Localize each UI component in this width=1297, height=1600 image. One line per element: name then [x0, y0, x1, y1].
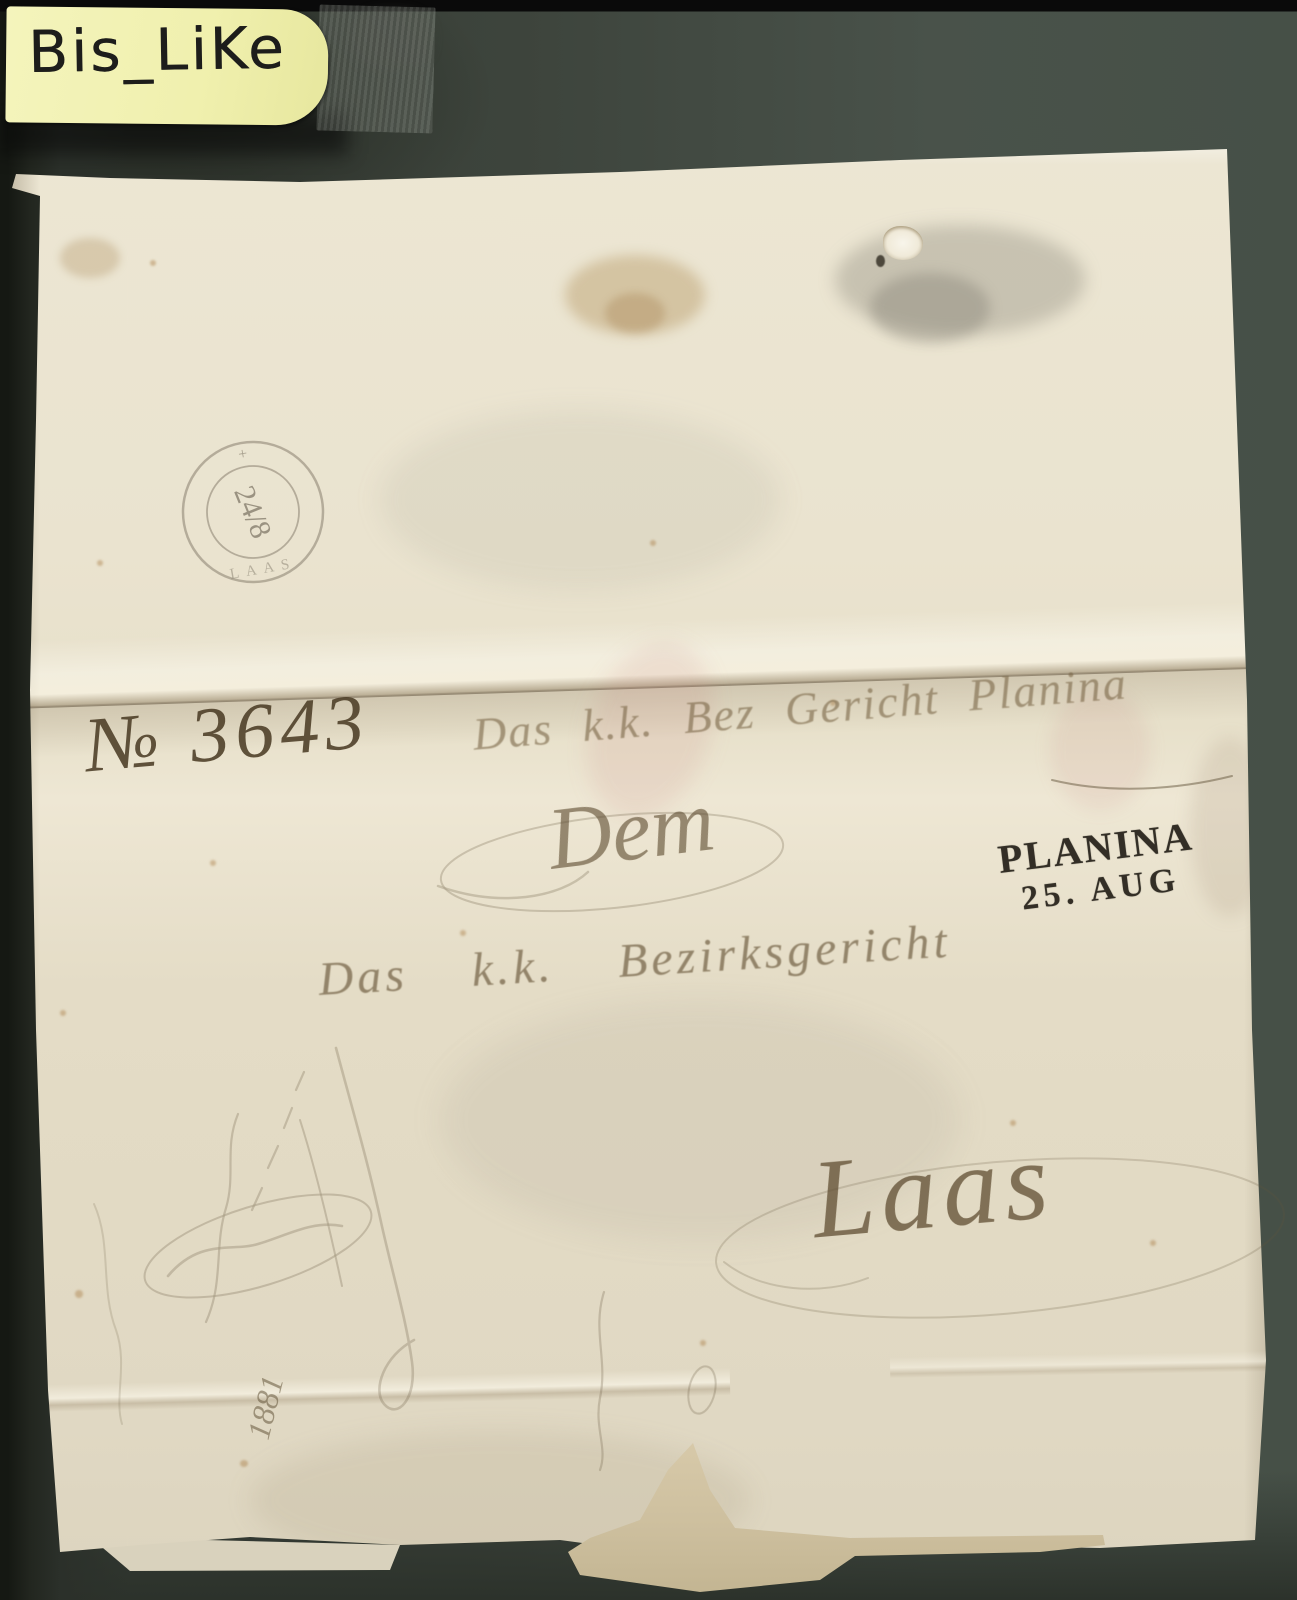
fox-spot — [75, 1290, 83, 1298]
destination-script: Laas — [807, 1116, 1059, 1266]
album-page-photo: № 3643 Das k.k. Bez Gericht Planina Dem … — [0, 0, 1297, 1600]
clear-tape — [316, 5, 435, 134]
fox-spot — [240, 1460, 248, 1467]
collector-sticky-note: Bis_LiKe — [5, 6, 328, 125]
tan-stain-small — [605, 293, 665, 333]
fox-spot — [97, 560, 103, 566]
fox-spot — [150, 260, 156, 266]
corner-stain — [60, 238, 120, 278]
paper-hole — [883, 226, 923, 260]
gray-smudge-2 — [870, 273, 990, 343]
salutation-script: Dem — [542, 770, 719, 890]
dark-speck — [876, 255, 885, 267]
fox-spot — [700, 1340, 706, 1346]
faint-smudge — [380, 410, 780, 590]
note-label: Bis_LiKe — [28, 14, 288, 86]
fox-spot — [650, 540, 656, 546]
fox-spot — [210, 860, 216, 866]
fox-spot — [60, 1010, 66, 1016]
fox-spot — [460, 930, 466, 936]
fox-spot — [1150, 1240, 1156, 1246]
